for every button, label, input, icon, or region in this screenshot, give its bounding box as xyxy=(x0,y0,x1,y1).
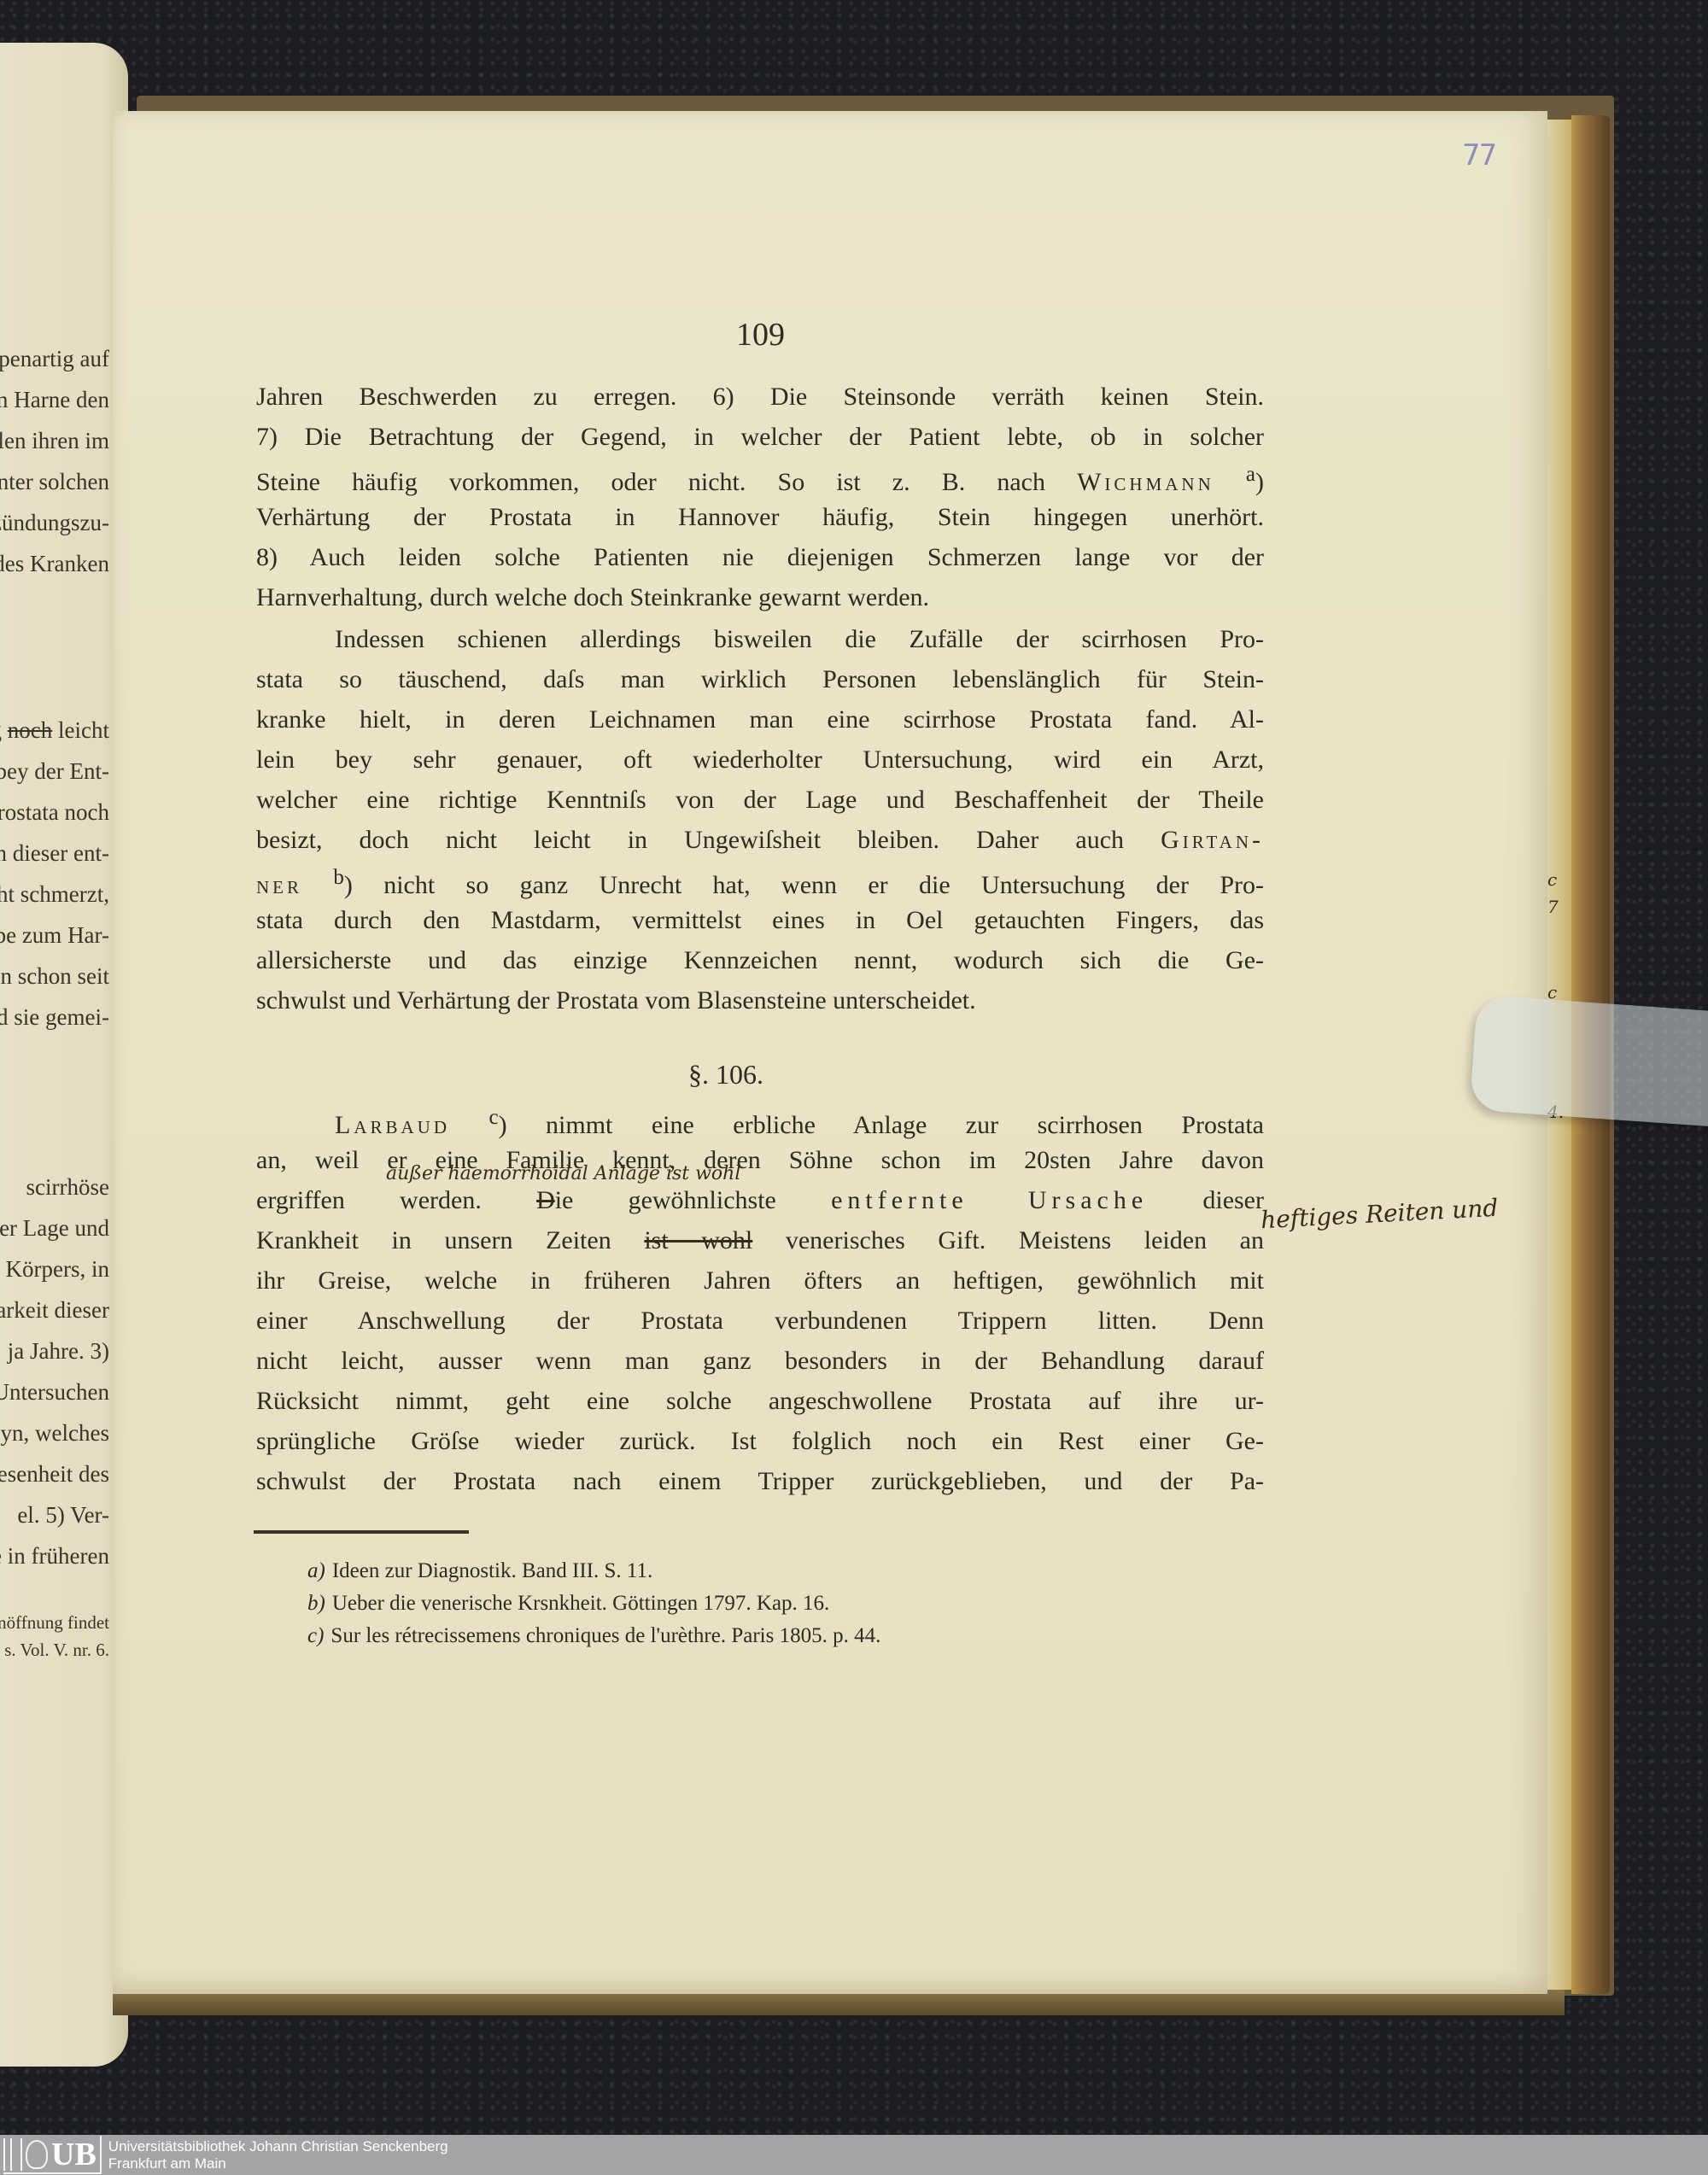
left-fragment: scirrhöse xyxy=(26,1174,109,1201)
handwritten-interlinear-note: außer haemorrhoidal Anlage ist wohl xyxy=(386,1163,740,1184)
text-line: sprüngliche Gröſse wieder zurück. Ist fo… xyxy=(256,1427,1264,1456)
logo-lines-icon xyxy=(3,2138,22,2171)
text-line: allersicherste und das einzige Kennzeich… xyxy=(256,946,1264,975)
text-line: einer Anschwellung der Prostata verbunde… xyxy=(256,1307,1264,1336)
left-fragment: bey der Ent- xyxy=(0,758,109,785)
text-line: besizt, doch nicht leicht in Ungewiſshei… xyxy=(256,826,1264,855)
author-name: Larbaud xyxy=(335,1111,450,1139)
left-footnote-fragment: s. Vol. V. nr. 6. xyxy=(4,1640,109,1661)
text-line: 8) Auch leiden solche Patienten nie diej… xyxy=(256,543,1264,572)
left-fragment: be zum Har- xyxy=(0,922,109,949)
text-line: Rücksicht nimmt, geht eine solche angesc… xyxy=(256,1387,1264,1416)
text-line: Harnverhaltung, durch welche doch Steink… xyxy=(256,583,1264,612)
ub-logo: UB xyxy=(3,2136,102,2174)
left-fragment: el. 5) Ver- xyxy=(17,1502,109,1529)
text-line: ner b) nicht so ganz Unrecht hat, wenn e… xyxy=(256,866,1264,900)
text-line: Krankheit in unsern Zeiten ist wohl vene… xyxy=(256,1226,1264,1255)
text-line: Jahren Beschwerden zu erregen. 6) Die St… xyxy=(256,383,1264,412)
left-fragment: icht schmerzt, xyxy=(0,881,109,908)
text-line: welcher eine richtige Kenntniſs von der … xyxy=(256,786,1264,815)
left-fragment: barkeit dieser xyxy=(0,1297,109,1324)
text-line: schwulst und Verhärtung der Prostata vom… xyxy=(256,986,1264,1015)
left-fragment: er Lage und xyxy=(0,1215,109,1242)
footnote-a: a)Ideen zur Diagnostik. Band III. S. 11. xyxy=(307,1559,652,1583)
text-line: nicht leicht, ausser wenn man ganz beson… xyxy=(256,1347,1264,1376)
text-line: ihr Greise, welche in früheren Jahren öf… xyxy=(256,1266,1264,1295)
left-fragment: d sie gemei- xyxy=(0,1004,109,1031)
left-fragment: llen ihren im xyxy=(0,428,109,454)
left-fragment: on dieser ent- xyxy=(0,840,109,867)
author-name: Girtan- xyxy=(1161,826,1264,854)
left-fragment: vesenheit des xyxy=(0,1461,109,1488)
section-heading: §. 106. xyxy=(688,1059,763,1090)
left-fragment: tzündungszu- xyxy=(0,510,109,536)
left-footnote-fragment: enöffnung findet xyxy=(0,1612,109,1634)
text-line: Verhärtung der Prostata in Hannover häuf… xyxy=(256,503,1264,532)
text-line: ergriffen werden. Die gewöhnlichste entf… xyxy=(256,1186,1264,1215)
left-fragment: n schon seit xyxy=(1,963,110,990)
text-line: stata durch den Mastdarm, vermittelst ei… xyxy=(256,906,1264,935)
edge-mark: 7 xyxy=(1547,897,1559,917)
text-line: schwulst der Prostata nach einem Tripper… xyxy=(256,1467,1264,1496)
text-line: 7) Die Betrachtung der Gegend, in welche… xyxy=(256,423,1264,452)
left-fragment: lem Harne den xyxy=(0,387,109,413)
text-line: Larbaud c) nimmt eine erbliche Anlage zu… xyxy=(256,1106,1264,1140)
footnote-divider xyxy=(254,1530,469,1534)
text-line: kranke hielt, in deren Leichnamen man ei… xyxy=(256,705,1264,734)
left-fragment: Prostata noch xyxy=(0,799,109,826)
left-fragment: e in früheren xyxy=(0,1543,109,1570)
left-fragment: unter solchen xyxy=(0,469,109,495)
shelf-mark: 77 xyxy=(1462,138,1495,172)
left-fragment: yn, welches xyxy=(1,1420,109,1447)
text-line: lein bey sehr genauer, oft wiederholter … xyxy=(256,745,1264,775)
left-fragment: lappenartig auf xyxy=(0,346,109,372)
library-footer: UB Universitätsbibliothek Johann Christi… xyxy=(0,2135,1708,2175)
left-fragment: Untersuchen xyxy=(0,1379,109,1406)
footnote-b: b)Ueber die venerische Krsnkheit. Göttin… xyxy=(307,1592,829,1616)
transparent-bookmark-strip xyxy=(1470,995,1708,1128)
text-line: Steine häufig vorkommen, oder nicht. So … xyxy=(256,463,1264,497)
left-fragment: ng noch leicht xyxy=(0,717,109,744)
portrait-icon xyxy=(26,2140,48,2169)
logo-text: UB xyxy=(51,2137,97,2172)
left-fragment: s Körpers, in xyxy=(0,1256,109,1283)
author-name: Wichmann xyxy=(1077,468,1214,496)
left-fragment: des Kranken xyxy=(0,551,109,577)
struck-words: ist wohl xyxy=(644,1226,752,1254)
library-name-line1: Universitätsbibliothek Johann Christian … xyxy=(108,2138,448,2155)
author-name: ner xyxy=(256,871,302,899)
footnote-c: c)Sur les rétrecissemens chroniques de l… xyxy=(307,1624,880,1648)
left-facing-page: lappenartig auf lem Harne den llen ihren… xyxy=(0,43,128,2067)
library-name: Universitätsbibliothek Johann Christian … xyxy=(108,2138,448,2172)
text-line: Indessen schienen allerdings bisweilen d… xyxy=(256,625,1264,654)
library-name-line2: Frankfurt am Main xyxy=(108,2155,448,2172)
text-line: stata so täuschend, daſs man wirklich Pe… xyxy=(256,665,1264,694)
page-number: 109 xyxy=(736,316,785,354)
struck-letter: D xyxy=(536,1186,555,1214)
left-fragment: ja Jahre. 3) xyxy=(8,1338,109,1365)
edge-mark: c xyxy=(1547,869,1557,890)
